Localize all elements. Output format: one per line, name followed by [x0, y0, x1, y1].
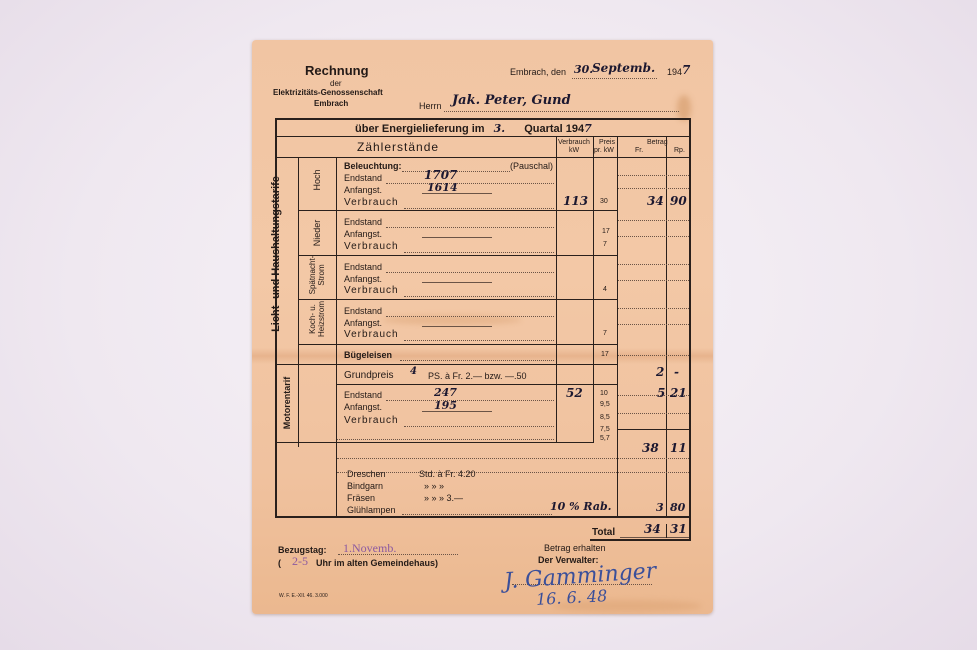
group-motorentarif: Motorentarif	[282, 363, 292, 443]
label-pauschal: (Pauschal)	[510, 161, 553, 171]
doc-title: Rechnung	[305, 63, 369, 78]
betrag-erhalten: Betrag erhalten	[544, 543, 606, 553]
sub-koch-heiz: Koch- u. Heizstrom	[308, 294, 326, 344]
spaet-anfangst-label: Anfangst.	[344, 274, 382, 284]
koch-endstand-label: Endstand	[344, 306, 382, 316]
dreschen-rate: Std. à Fr. 4.20	[419, 469, 476, 479]
motor-verbrauch-kw: 52	[566, 386, 583, 400]
signature-date: 16. 6. 48	[536, 586, 608, 609]
org-place: Embrach	[314, 99, 348, 108]
group-licht-haushalt: Licht- und Haushaltungstarife	[270, 174, 282, 334]
motor-verbrauch-label: Verbrauch	[344, 415, 399, 426]
rabatt-fr: 3	[656, 501, 664, 514]
org-name: Elektrizitäts-Genossenschaft	[273, 88, 383, 97]
spaet-verbrauch-label: Verbrauch	[344, 285, 399, 296]
koch-verbrauch-label: Verbrauch	[344, 329, 399, 340]
year-printed: 194	[667, 67, 682, 77]
table-title: über Energielieferung im 3. Quartal 1947	[355, 122, 592, 135]
motor-betrag-rp: 21	[670, 386, 687, 400]
label-buegeleisen: Bügeleisen	[344, 350, 392, 360]
motor-anfangst-label: Anfangst.	[344, 402, 382, 412]
grundpreis-ps: 4	[410, 366, 417, 377]
nieder-verbrauch-label: Verbrauch	[344, 241, 399, 252]
motor-endstand-label: Endstand	[344, 390, 382, 400]
col-header-betrag: Betrag	[647, 139, 668, 146]
koch-preis: 7	[603, 330, 607, 337]
label-bindgarn: Bindgarn	[347, 481, 383, 491]
motor-betrag-fr: 5	[657, 386, 665, 400]
invoice-document: Rechnung der Elektrizitäts-Genossenschaf…	[252, 40, 713, 614]
label-dreschen: Dreschen	[347, 469, 386, 479]
rabatt-note: 10 % Rab.	[550, 500, 611, 513]
label-anfangst: Anfangst.	[344, 185, 382, 195]
date-day: 30.	[574, 63, 593, 76]
total-rp: 31	[670, 522, 687, 536]
motor-endstand-value: 247	[434, 386, 457, 399]
motor-preis-3: 7,5	[600, 426, 610, 433]
hoch-betrag-rp: 90	[670, 194, 687, 208]
col-header-fr: Fr.	[635, 147, 643, 154]
buegeleisen-preis: 17	[601, 351, 609, 358]
col-header-preis-unit: pr. kW	[594, 147, 614, 154]
koch-anfangst-label: Anfangst.	[344, 318, 382, 328]
bezug-open-paren: (	[278, 558, 281, 568]
subtotal-fr: 38	[642, 441, 659, 455]
grundpreis-fr: 2	[656, 365, 664, 379]
sub-spaetnacht: Spätnacht-Strom	[308, 250, 326, 300]
col-header-preis: Preis	[599, 139, 615, 146]
nieder-anfangst-label: Anfangst.	[344, 229, 382, 239]
bindgarn-rate: » » »	[424, 481, 444, 491]
sub-hoch: Hoch	[312, 160, 322, 200]
nieder-preis-2: 7	[603, 241, 607, 248]
paper-fold	[252, 348, 713, 364]
year-handwritten: 7	[682, 63, 690, 77]
grundpreis-rate: PS. à Fr. 2.— bzw. —.50	[428, 371, 527, 381]
motor-preis-0: 10	[600, 390, 608, 397]
rabatt-rp: 80	[670, 501, 685, 514]
date-month: Septemb.	[592, 61, 655, 75]
col-header-verbrauch-unit: kW	[569, 147, 579, 154]
label-endstand: Endstand	[344, 173, 382, 183]
hoch-endstand-value: 1707	[424, 168, 457, 182]
sub-nieder: Nieder	[312, 213, 322, 253]
hoch-preis: 30	[600, 198, 608, 205]
der-label: der	[330, 79, 342, 88]
fraesen-rate: » » » 3.—	[424, 493, 463, 503]
total-label: Total	[592, 527, 615, 538]
hoch-anfangst-value: 1614	[427, 181, 458, 194]
total-fr: 34	[644, 522, 661, 536]
hoch-betrag-fr: 34	[647, 194, 664, 208]
motor-anfangst-value: 195	[434, 399, 457, 412]
nieder-endstand-label: Endstand	[344, 217, 382, 227]
place-date-prefix: Embrach, den	[510, 67, 566, 77]
label-fraesen: Fräsen	[347, 493, 375, 503]
motor-preis-1: 9,5	[600, 401, 610, 408]
customer-name: Jak. Peter, Gund	[452, 93, 571, 108]
print-code: W. F. E.-XII. 46. 3.000	[279, 593, 328, 599]
label-beleuchtung: Beleuchtung:	[344, 161, 402, 171]
herrn-label: Herrn	[419, 101, 442, 111]
spaet-preis: 4	[603, 286, 607, 293]
hoch-verbrauch-kw: 113	[563, 194, 588, 208]
bezug-hours: 2-5	[292, 554, 308, 569]
grundpreis-rp: -	[674, 365, 679, 379]
label-gluehlampen: Glühlampen	[347, 505, 396, 515]
nieder-preis-1: 17	[602, 228, 610, 235]
col-header-verbrauch: Verbrauch	[558, 139, 590, 146]
label-verbrauch: Verbrauch	[344, 197, 399, 208]
motor-preis-2: 8,5	[600, 414, 610, 421]
label-grundpreis: Grundpreis	[344, 370, 393, 381]
spaet-endstand-label: Endstand	[344, 262, 382, 272]
motor-preis-4: 5,7	[600, 435, 610, 442]
subtotal-rp: 11	[670, 441, 687, 455]
col-header-zaehlerstaende: Zählerstände	[357, 140, 439, 154]
bezug-location: Uhr im alten Gemeindehaus)	[316, 558, 438, 568]
col-header-rp: Rp.	[674, 147, 685, 154]
